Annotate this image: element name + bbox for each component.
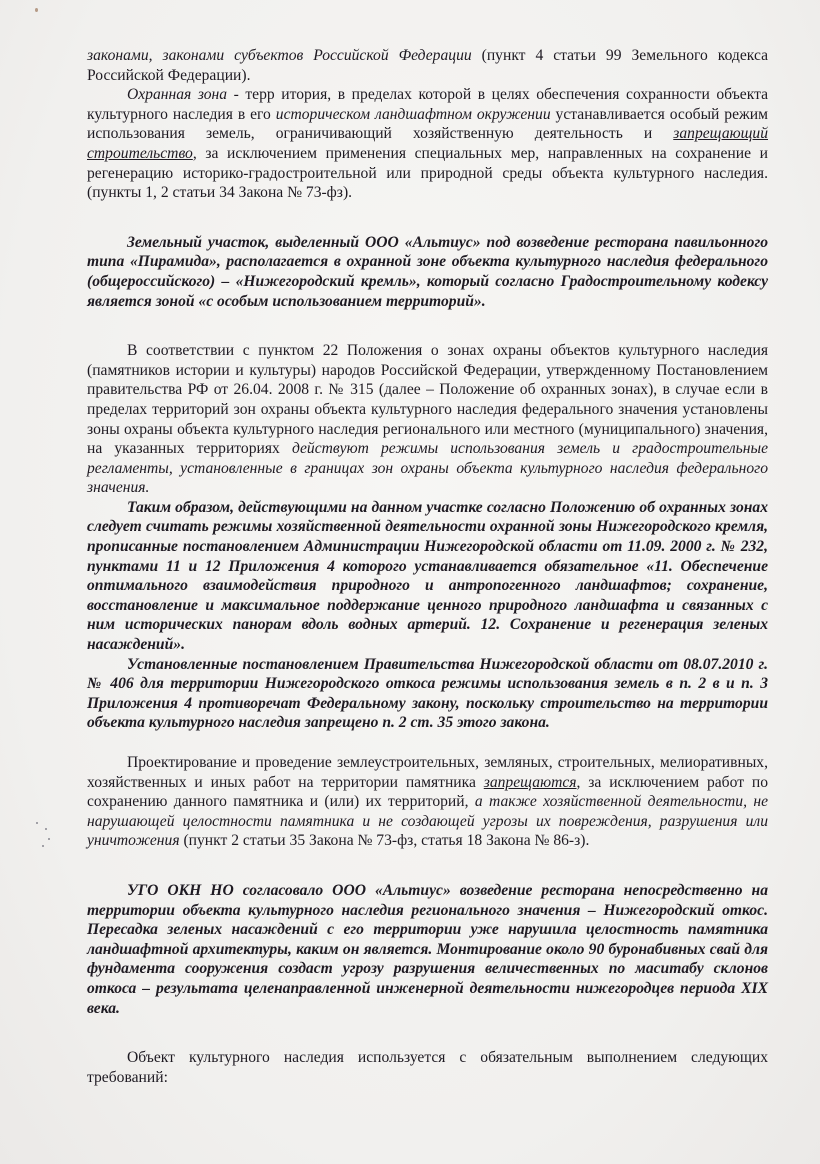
text-run: УГО ОКН НО согласовало ООО «Альтиус» воз…: [87, 882, 768, 1017]
text-run: историческом ландшафтном окружении: [276, 106, 551, 123]
scan-dot: [48, 838, 50, 840]
paragraph-protection-zone-definition: Охранная зона - терр итория, в пределах …: [87, 85, 768, 203]
text-run: Объект культурного наследия используется…: [87, 1049, 768, 1086]
scan-dot: [45, 828, 47, 830]
scan-dot: [42, 845, 44, 847]
scan-dot: [36, 822, 38, 824]
text-run: (пункт 2 статьи 35 Закона № 73-фз, стать…: [180, 832, 590, 849]
paragraph-regulation-22: В соответствии с пунктом 22 Положения о …: [87, 341, 768, 498]
paragraph-conclusion: Таким образом, действующими на данном уч…: [87, 498, 768, 655]
text-run: законами, законами субъектов Российской …: [87, 47, 472, 64]
paragraph-ugo-okn-approval: УГО ОКН НО согласовало ООО «Альтиус» воз…: [87, 881, 768, 1018]
text-run: Таким образом, действующими на данном уч…: [87, 499, 768, 653]
paragraph-law-reference: законами, законами субъектов Российской …: [87, 46, 768, 85]
text-run: запрещаются: [484, 774, 577, 791]
scanned-document-page: законами, законами субъектов Российской …: [0, 0, 820, 1164]
text-run: Земельный участок, выделенный ООО «Альти…: [87, 234, 768, 310]
paragraph-land-plot: Земельный участок, выделенный ООО «Альти…: [87, 233, 768, 311]
scan-speck: [35, 8, 38, 12]
text-run: Установленные постановлением Правительст…: [87, 656, 768, 732]
paragraph-decree-406: Установленные постановлением Правительст…: [87, 655, 768, 733]
paragraph-requirements-intro: Объект культурного наследия используется…: [87, 1048, 768, 1087]
paragraph-works-prohibited: Проектирование и проведение землеустроит…: [87, 753, 768, 851]
text-run: Охранная зона: [127, 86, 227, 103]
document-body: законами, законами субъектов Российской …: [87, 46, 768, 1087]
